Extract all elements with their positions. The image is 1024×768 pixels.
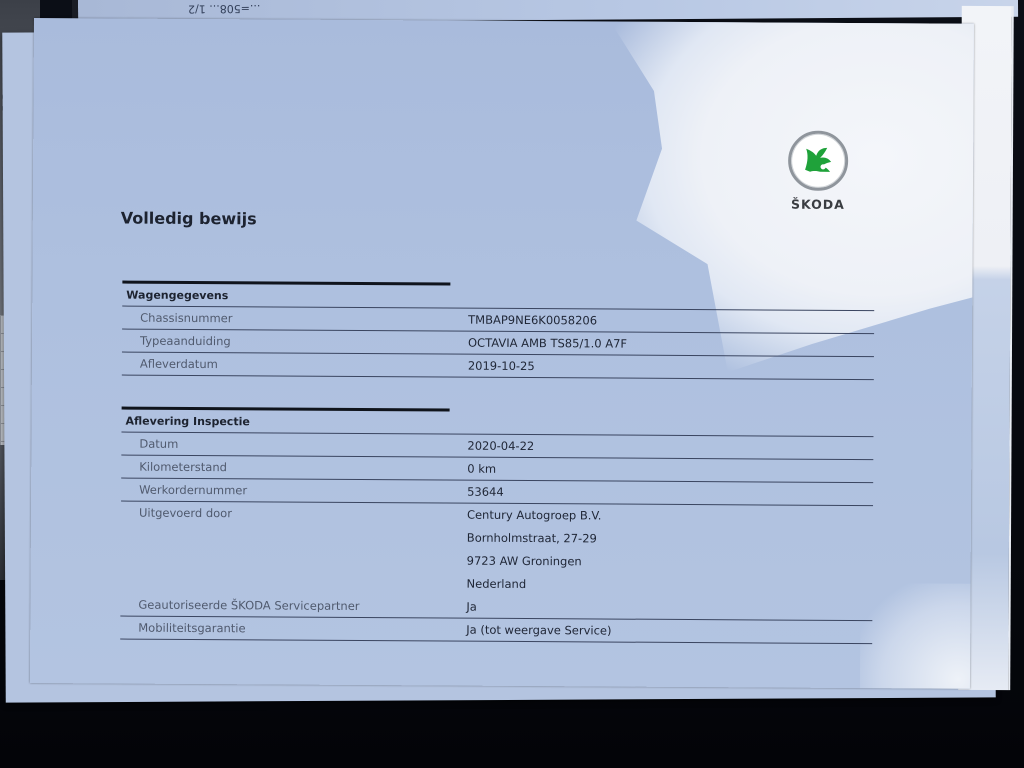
country: Nederland — [466, 573, 601, 597]
section-aflevering-inspectie: Aflevering Inspectie Datum 2020-04-22 Ki… — [120, 407, 873, 645]
row-label: Geautoriseerde ŠKODA Servicepartner — [120, 598, 466, 614]
company-name: Century Autogroep B.V. — [467, 504, 602, 528]
brand-name: ŠKODA — [778, 197, 858, 212]
row-value: Ja (tot weergave Service) — [466, 623, 872, 639]
performed-by-row: Uitgevoerd door Century Autogroep B.V. B… — [120, 502, 873, 599]
section-wagengegevens: Wagengegevens Chassisnummer TMBAP9NE6K00… — [122, 281, 875, 381]
row-value: TMBAP9NE6K0058206 — [468, 313, 874, 329]
document-title: Volledig bewijs — [121, 209, 257, 229]
row-label: Typeaanduiding — [122, 334, 468, 350]
row-label: Mobiliteitsgarantie — [120, 621, 466, 637]
table-row: Mobiliteitsgarantie Ja (tot weergave Ser… — [120, 617, 872, 645]
row-label: Uitgevoerd door — [120, 502, 467, 596]
row-label: Chassisnummer — [122, 311, 468, 327]
mirrored-print: ...=508... 1/2 — [188, 2, 260, 16]
row-value: 2020-04-22 — [467, 439, 873, 455]
row-value: OCTAVIA AMB TS85/1.0 A7F — [468, 336, 874, 352]
skoda-winged-arrow-icon — [788, 131, 848, 191]
row-label: Datum — [121, 437, 467, 453]
postal-city: 9723 AW Groningen — [467, 550, 602, 574]
row-value: 2019-10-25 — [468, 359, 874, 375]
brand-logo: ŠKODA — [778, 131, 858, 212]
street-address: Bornholmstraat, 27-29 — [467, 527, 602, 551]
row-label: Kilometerstand — [121, 460, 467, 476]
address-block: Century Autogroep B.V. Bornholmstraat, 2… — [466, 504, 601, 597]
row-label: Afleverdatum — [122, 357, 468, 373]
table-row: Afleverdatum 2019-10-25 — [122, 353, 874, 381]
row-value: 0 km — [467, 462, 873, 478]
photo-scene: SE V ...=508... 1/2 ŠKODA Volledig bewij… — [0, 0, 1024, 768]
row-value: Ja — [466, 600, 872, 616]
row-label: Werkordernummer — [121, 483, 467, 499]
document-page: ŠKODA Volledig bewijs Wagengegevens Chas… — [30, 18, 974, 689]
sunlight-patch-bottom — [860, 583, 974, 689]
row-value: 53644 — [467, 485, 873, 501]
